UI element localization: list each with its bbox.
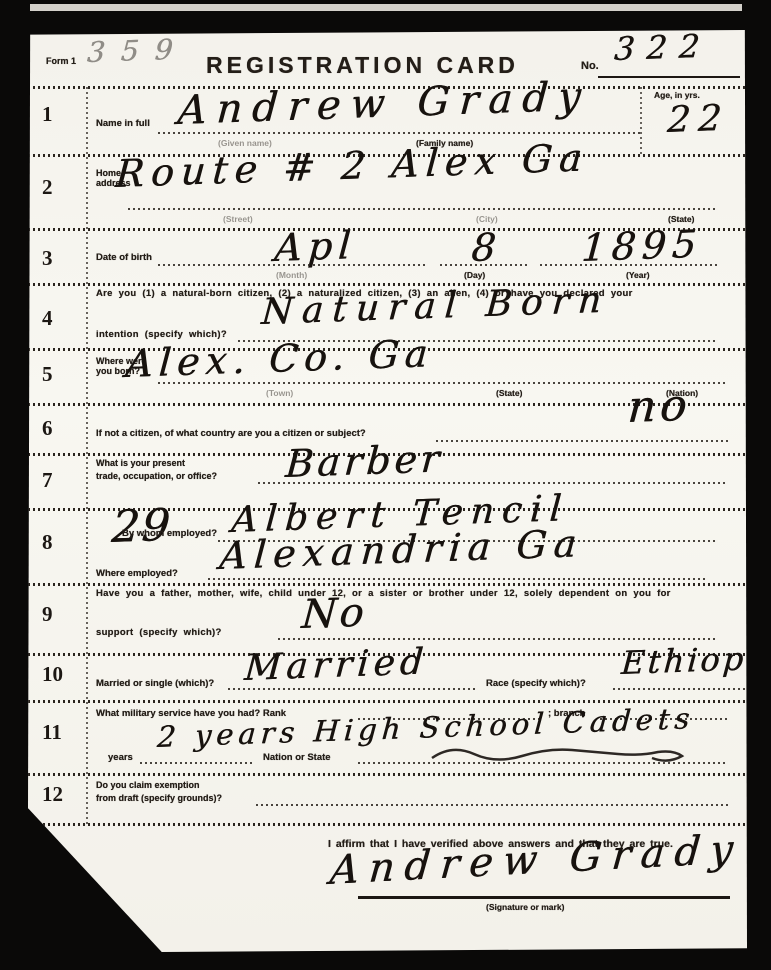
birth-year-value: 1895 — [580, 222, 704, 270]
row-number-1: 1 — [42, 102, 53, 127]
form-number-handwriting: 359 — [86, 32, 190, 69]
year-sublabel: (Year) — [626, 270, 650, 280]
no-underline — [598, 76, 740, 78]
row-number-7: 7 — [42, 468, 53, 493]
dotted-rule — [278, 638, 718, 640]
signature-value: Andrew Grady — [328, 826, 745, 894]
dotted-rule — [128, 208, 718, 210]
race-value: Ethiopian — [620, 637, 771, 682]
dotted-rule — [258, 482, 728, 484]
row-separator — [28, 823, 747, 826]
pen-flourish — [428, 742, 688, 768]
number-column-divider — [86, 87, 88, 825]
town-sublabel: (Town) — [266, 388, 293, 398]
marital-label: Married or single (which)? — [96, 678, 214, 689]
dotted-rule — [140, 762, 255, 764]
trade-value: Barber — [284, 436, 445, 486]
signature-caption: (Signature or mark) — [486, 902, 564, 912]
name-label: Name in full — [96, 118, 150, 129]
row-separator — [28, 583, 747, 586]
exemption-label-1: Do you claim exemption — [96, 780, 200, 790]
signature-line — [358, 896, 730, 899]
alien-value: no — [626, 380, 692, 433]
dotted-rule — [256, 804, 728, 806]
birth-month-value: Apl — [273, 223, 358, 270]
row-number-12: 12 — [42, 782, 63, 807]
scanned-registration-card-page: { "header": { "form_label": "Form 1", "f… — [0, 0, 771, 970]
row-separator — [28, 283, 747, 286]
alien-label: If not a citizen, of what country are yo… — [96, 428, 366, 439]
address-value: Route # 2 Alex Ga — [114, 135, 590, 196]
row-number-8: 8 — [42, 530, 53, 555]
city-sublabel: (City) — [476, 214, 498, 224]
street-sublabel: (Street) — [223, 214, 253, 224]
marital-value: Married — [243, 641, 429, 689]
age-value: 22 — [666, 98, 731, 141]
dependents-question-2: support (specify which)? — [96, 627, 222, 638]
row-number-3: 3 — [42, 246, 53, 271]
trade-label-1: What is your present — [96, 458, 185, 468]
no-label: No. — [581, 60, 599, 72]
row-number-2: 2 — [42, 175, 53, 200]
trade-label-2: trade, occupation, or office? — [96, 471, 217, 481]
form-label: Form 1 — [46, 56, 76, 66]
row-number-10: 10 — [42, 662, 63, 687]
row-number-6: 6 — [42, 416, 53, 441]
dotted-rule — [158, 132, 640, 134]
employer-scribble: 29 — [110, 500, 174, 553]
military-nation-label: Nation or State — [263, 752, 331, 763]
no-value-handwriting: 322 — [613, 26, 713, 68]
employer-label: By whom employed? — [122, 528, 217, 539]
race-label: Race (specify which)? — [486, 678, 586, 689]
dependents-question-1: Have you a father, mother, wife, child u… — [96, 588, 671, 599]
state-sublabel-2: (State) — [496, 388, 522, 398]
birthplace-value: Alex. Co. Ga — [124, 331, 435, 386]
age-box-divider — [640, 87, 642, 154]
row-number-5: 5 — [42, 362, 53, 387]
row-number-9: 9 — [42, 602, 53, 627]
row-separator — [28, 773, 747, 776]
row-number-4: 4 — [42, 306, 53, 331]
dependents-value: No — [300, 590, 368, 638]
dotted-rule — [540, 264, 720, 266]
registration-card: Form 1 359 REGISTRATION CARD No. 322 1 N… — [28, 30, 747, 952]
exemption-label-2: from draft (specify grounds)? — [96, 793, 222, 803]
dotted-rule — [158, 264, 428, 266]
employed-where-label: Where employed? — [96, 568, 178, 579]
row-number-11: 11 — [42, 720, 62, 745]
dotted-rule — [208, 578, 708, 580]
birth-label: Date of birth — [96, 252, 152, 263]
month-sublabel: (Month) — [276, 270, 307, 280]
day-sublabel: (Day) — [464, 270, 485, 280]
name-value: Andrew Grady — [176, 73, 592, 134]
dotted-rule — [436, 440, 728, 442]
dotted-rule — [440, 264, 530, 266]
military-years-label: years — [108, 752, 133, 763]
scan-artifact — [30, 4, 742, 11]
card-title: REGISTRATION CARD — [206, 52, 519, 79]
dotted-rule — [613, 688, 747, 690]
dotted-rule — [228, 688, 478, 690]
